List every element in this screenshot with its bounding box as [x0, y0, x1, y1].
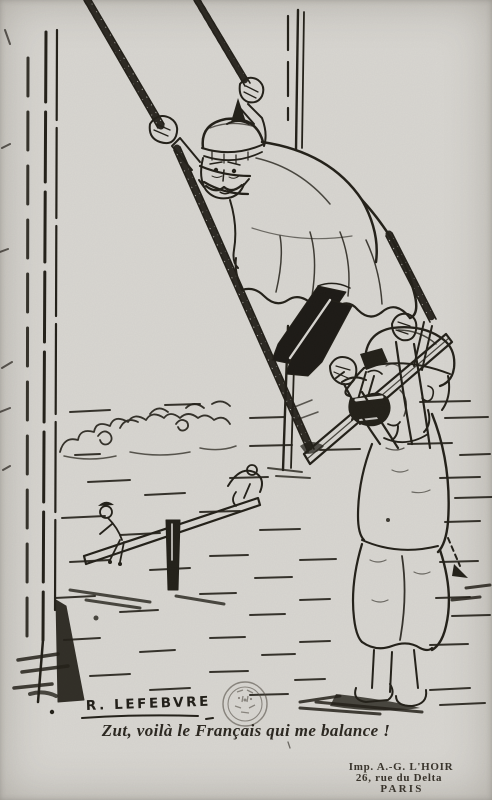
postcard-scan: R. LEFEBVRE Zut, voilà le Français qui m… — [0, 0, 492, 800]
cartoon-illustration: R. LEFEBVRE Zut, voilà le Français qui m… — [0, 0, 492, 800]
paper-grain-texture — [0, 0, 492, 800]
